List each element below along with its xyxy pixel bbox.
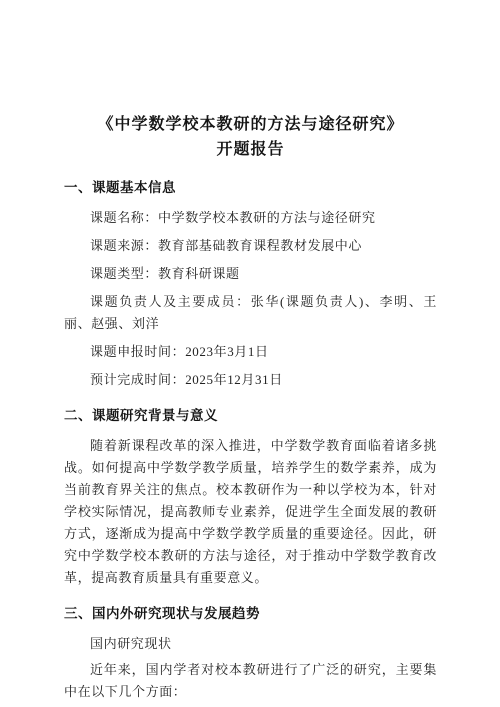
document-title-line2: 开题报告 bbox=[64, 137, 437, 162]
section3-paragraph: 近年来，国内学者对校本教研进行了广泛的研究，主要集中在以下几个方面： bbox=[64, 659, 437, 703]
field-expected-completion-date: 预计完成时间：2025年12月31日 bbox=[64, 369, 437, 391]
field-project-name: 课题名称：中学数学校本教研的方法与途径研究 bbox=[64, 207, 437, 229]
field-project-members: 课题负责人及主要成员：张华(课题负责人)、李明、王丽、赵强、刘洋 bbox=[64, 291, 437, 335]
section3-heading: 三、国内外研究现状与发展趋势 bbox=[64, 604, 437, 623]
field-application-date: 课题申报时间：2023年3月1日 bbox=[64, 341, 437, 363]
section2-paragraph: 随着新课程改革的深入推进，中学数学教育面临着诸多挑战。如何提高中学数学教学质量，… bbox=[64, 435, 437, 589]
field-project-source: 课题来源：教育部基础教育课程教材发展中心 bbox=[64, 235, 437, 257]
section1-heading: 一、课题基本信息 bbox=[64, 178, 437, 197]
field-project-type: 课题类型：教育科研课题 bbox=[64, 263, 437, 285]
section3-subheading: 国内研究现状 bbox=[64, 633, 437, 655]
section2-heading: 二、课题研究背景与意义 bbox=[64, 406, 437, 425]
document-page: 《中学数学校本教研的方法与途径研究》 开题报告 一、课题基本信息 课题名称：中学… bbox=[0, 0, 500, 707]
document-title: 《中学数学校本教研的方法与途径研究》 开题报告 bbox=[64, 112, 437, 162]
document-title-line1: 《中学数学校本教研的方法与途径研究》 bbox=[64, 112, 437, 137]
